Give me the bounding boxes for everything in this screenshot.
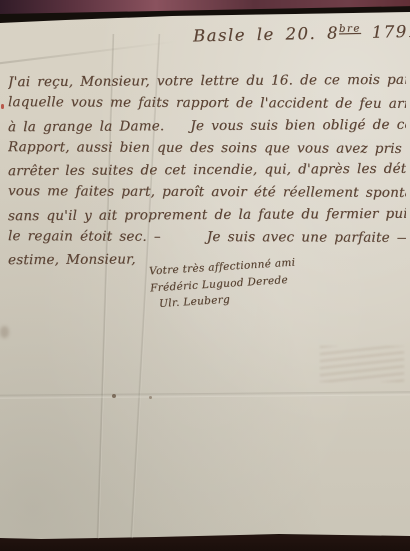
body-line-6: vous me faites part, paroît avoir été ré… <box>8 181 406 205</box>
signature-block: Votre très affectionné ami Frédéric Lugu… <box>149 255 298 313</box>
ink-speck <box>112 394 116 398</box>
body-line-7: sans qu'il y ait proprement de la faute … <box>8 203 406 228</box>
body-line-2: laquelle vous me faits rapport de l'acci… <box>8 91 406 115</box>
body-line-5: arrêter les suites de cet incendie, qui,… <box>8 158 406 183</box>
dateline-place-day: Basle le 20. 8 <box>193 23 339 45</box>
body-line-1: J'ai reçu, Monsieur, votre lettre du 16.… <box>8 69 406 94</box>
ink-showthrough <box>320 346 404 382</box>
letter-photo: Basle le 20. 8bre 1791. J'ai reçu, Monsi… <box>0 0 410 551</box>
body-line-8-right: Je suis avec une parfaite — <box>207 226 406 249</box>
letter-body: J'ai reçu, Monsieur, votre lettre du 16.… <box>8 70 406 271</box>
dateline-month-abbrev: bre <box>339 23 361 34</box>
body-line-4: Rapport, aussi bien que des soins que vo… <box>8 136 406 160</box>
edge-smudge <box>0 326 9 338</box>
red-speck <box>1 104 4 109</box>
body-line-3-left: à la grange la Dame. <box>8 115 165 138</box>
body-line-8-left: le regain étoit sec. – <box>8 225 161 248</box>
dateline-year: 1791. <box>361 22 410 42</box>
ink-speck <box>149 396 152 399</box>
body-line-3: à la grange la Dame. Je vous suis bien o… <box>8 113 406 138</box>
body-line-3-right: Je vous suis bien obligé de ce — <box>190 113 406 137</box>
body-line-8: le regain étoit sec. – Je suis avec une … <box>8 225 406 249</box>
